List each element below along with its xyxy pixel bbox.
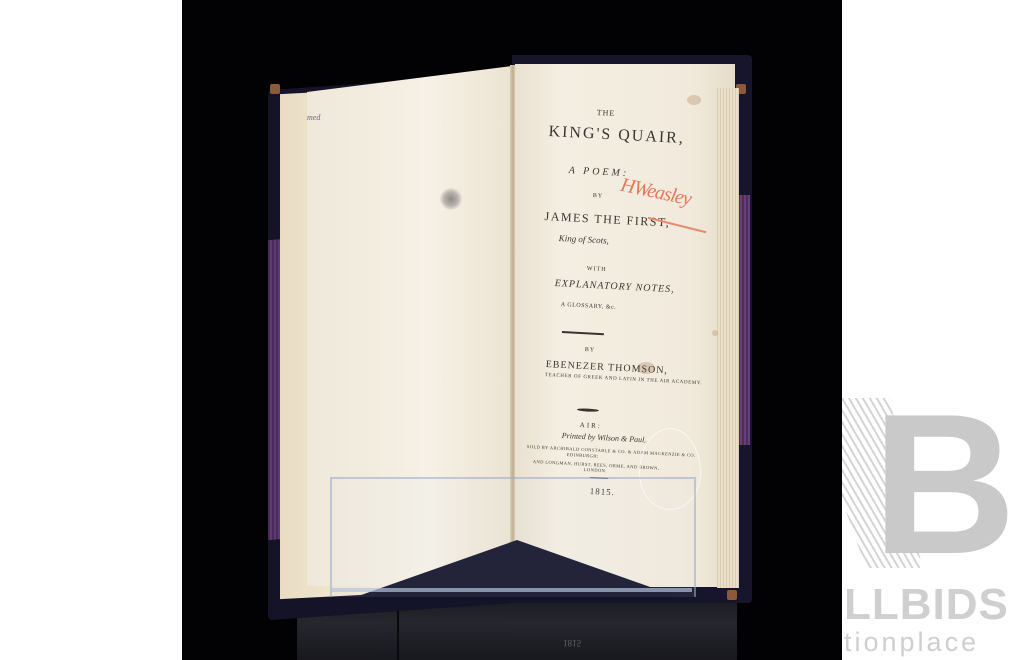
title-the: THE [597,108,616,118]
watermark-letter: B [872,400,1016,570]
watermark-tagline: tionplace [844,628,979,656]
product-photo: 1815 med THE KING'S QUAIR, A POEM: BY JA… [182,0,842,660]
page-fore-edge [717,88,739,588]
by-editor-label: BY [585,347,596,354]
with-label: WITH [587,266,607,273]
worn-corner [727,590,737,600]
cover-cloth-right [738,195,750,445]
flyleaf-handwritten-note: med [307,113,320,122]
stand-lip [332,588,692,592]
watermark-logo: B LLBIDS tionplace [842,398,1024,660]
worn-corner [270,84,280,94]
watermark-brand: LLBIDS [844,583,1009,627]
reflection-year: 1815 [563,638,581,648]
by-label: BY [593,193,604,200]
publication-place: AIR: [580,421,602,430]
foxing-spot [687,95,701,105]
foxing-spot [712,330,718,336]
blurred-mark [440,188,462,210]
acrylic-book-stand [330,477,696,597]
